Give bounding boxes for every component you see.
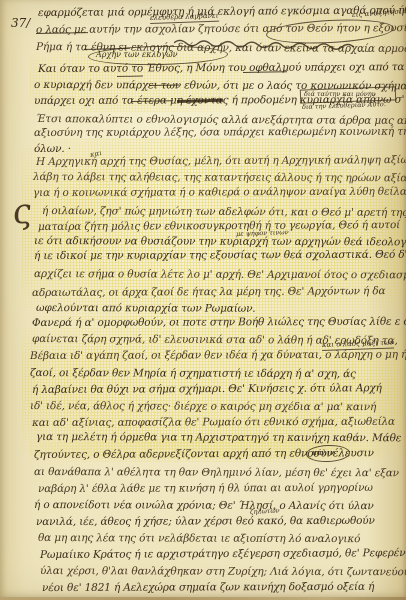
interlinear-insertion: ζηλωτών: [250, 506, 280, 516]
manuscript-line: ή οιλαίων, ζησ' πώς μηνιώτη των αδελφών …: [42, 205, 406, 220]
manuscript-line: Ρωμαίικο Κράτος ή ιε αρχιστράτηγο εξέγερ…: [40, 547, 406, 562]
underline-mark: [117, 76, 143, 78]
manuscript-line: αξιοσύνη της κυριάρχου λέξης, όσα υπάρχε…: [34, 126, 406, 140]
manuscript-line: για τη μελέτη ή όρμεθα για τη Αρχιστρατη…: [36, 431, 401, 445]
boxed-insertion: διά ταύτην και μόνην: [304, 90, 376, 98]
trailing-dots: ...: [358, 44, 371, 55]
manuscript-line: θα μη αιης λέα της ότι νελάβδεται ιε αξι…: [38, 532, 360, 546]
manuscript-line: λάβη το λάβει της αλήθειας, της καταντήσ…: [33, 171, 406, 185]
manuscript-line: ή ο απονείδοτι νέα οινώλα χρόνια; Θε' Ήλ…: [34, 499, 374, 513]
manuscript-line: ή ιε ιδικοί με την κυριαρχίαν της εξουσί…: [34, 249, 406, 263]
circled-insertion: Αρχήν των εκλογών: [96, 50, 177, 59]
manuscript-line: ο λαός με αυτήν την ασχολίαν ζητούσε ότι…: [36, 22, 406, 37]
margin-flourish: ς: [9, 191, 33, 233]
manuscript-line: και αδ' αξίνιας, αποφασίζλα θε' Ρωμαίο ό…: [32, 416, 395, 430]
manuscript-line: ματαίρα ζήτη μόλις θεν εθνικοσυγκροτηθή …: [38, 219, 400, 234]
manuscript-line: Βέβαια ιδ' αγάπη ζαοί, οι ξέρδαν θεν ιδέ…: [30, 349, 406, 363]
manuscript-line: Φανερά ή α' ομορφωθούν, οι ποτε στην Βοή…: [32, 316, 406, 330]
manuscript-line: ωφελούνται από κυριαρχία των Ρωμαίων.: [36, 302, 256, 316]
manuscript-line: όλων. ·: [34, 143, 71, 156]
manuscript-line: ζαοί, οι ξέρδαν θεν Μηρία ή σχηματιστή ι…: [30, 367, 356, 381]
manuscript-line: αδραιωτάλας, οι άρχα ζαοί δε ήτας λα μέρ…: [32, 285, 386, 300]
manuscript-line: ναβάρη λ' έθλα λάθε με τη κινήση ή θλ ύπ…: [38, 482, 373, 496]
manuscript-line: νέοι θε' 1821 ή Αελεχώρα σημαία ζων καιν…: [42, 581, 374, 595]
manuscript-page: 37/ εφαρμόζεται μιά ορμέμφυτη ή μιά εκλο…: [0, 0, 406, 600]
manuscript-line: για ή ο κοινωνικά σχήματα ή ο καθιερά ο …: [33, 186, 406, 200]
manuscript-line: ή λαβαίνει θα θύχι να σήμα σχήμαρι. Θε' …: [32, 382, 382, 397]
manuscript-line: νανιλά, ιέε, άθεος ή χήσε; ύλαν χέρσι θε…: [36, 515, 375, 529]
interlinear-insertion: διά την ελευθερίαν Αυτο.: [302, 100, 386, 111]
manuscript-line: εφαρμόζεται μιά ορμέμφυτη ή μιά εκλογή α…: [38, 4, 406, 20]
manuscript-line: ιδ' ιδέ, νέα, άθλος ή χήσες· διέρχε ο κα…: [30, 400, 376, 414]
manuscript-line: αι θανάθαπα λ' αθέλητα τη θαν Θηλημινό λ…: [34, 466, 399, 480]
manuscript-line: αρχίζει ιε σήμα ο θυσία λέτε λο μ' αρχή.…: [34, 268, 406, 282]
page-number: 37/: [11, 16, 30, 30]
manuscript-line: ιε ότι αδικήσουν να θυσιάζουν την κυριαρ…: [34, 235, 406, 249]
circled-insertion: πάλιν: [312, 448, 334, 457]
manuscript-line: ύλαι χέρσι, θ'λαι θανλάχθηκαν στη Ζυρίχη…: [40, 565, 406, 579]
manuscript-line: Και όταν το αυτό το Έθνος, η Μόνη του οφ…: [38, 61, 406, 76]
